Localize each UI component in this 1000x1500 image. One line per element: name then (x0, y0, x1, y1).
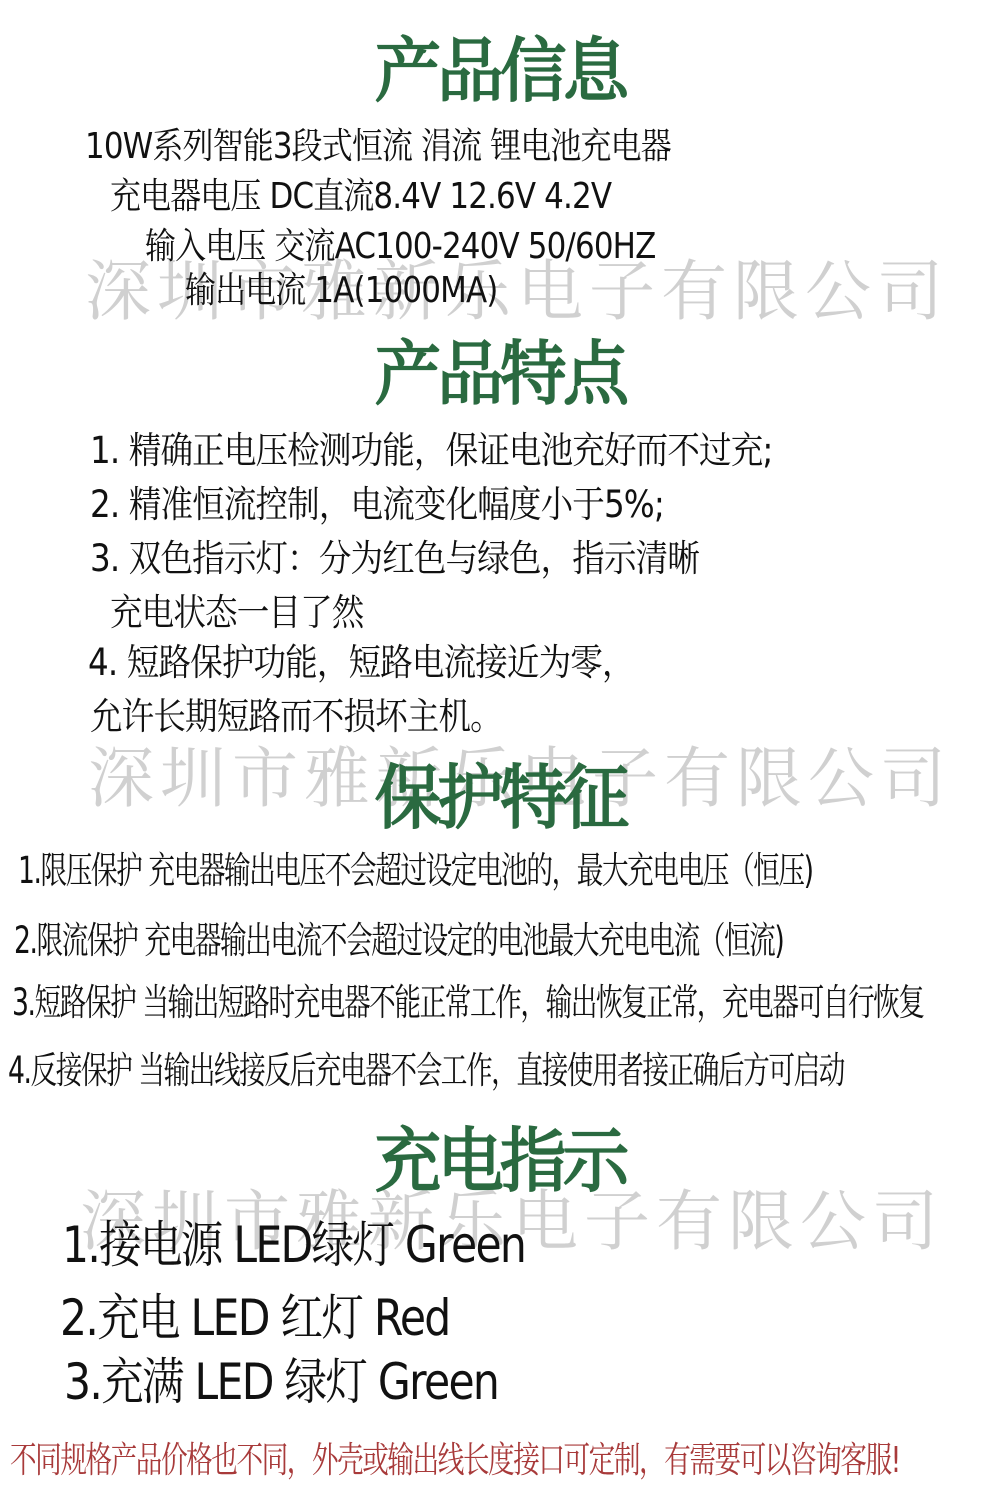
feature-line: 1. 精确正电压检测功能，保证电池充好而不过充; (90, 420, 772, 474)
section-title-indicator: 充电指示 (25, 1105, 975, 1206)
protection-line: 4.反接保护 当输出线接反后充电器不会工作，直接使用者接正确后方可启动 (8, 1040, 844, 1094)
feature-line: 充电状态一目了然 (110, 582, 363, 636)
info-line: 10W系列智能3段式恒流 涓流 锂电池充电器 (85, 118, 671, 169)
section-title-protection: 保护特征 (25, 742, 975, 843)
info-line: 输出电流 1A(1000MA) (185, 262, 498, 313)
protection-line: 1.限压保护 充电器输出电压不会超过设定电池的，最大充电电压（恒压) (18, 840, 813, 894)
section-title-features: 产品特点 (25, 318, 975, 419)
indicator-line: 3.充满 LED 绿灯 Green (64, 1342, 498, 1414)
footer-note: 不同规格产品价格也不同，外壳或输出线长度接口可定制，有需要可以咨询客服! (10, 1432, 900, 1483)
indicator-line: 2.充电 LED 红灯 Red (60, 1278, 450, 1350)
info-line: 充电器电压 DC直流8.4V 12.6V 4.2V (110, 168, 611, 219)
feature-line: 2. 精准恒流控制，电流变化幅度小于5%; (90, 474, 664, 528)
feature-line: 4. 短路保护功能，短路电流接近为零， (88, 632, 634, 686)
protection-line: 3.短路保护 当输出短路时充电器不能正常工作，输出恢复正常，充电器可自行恢复 (12, 972, 924, 1026)
indicator-line: 1.接电源 LED绿灯 Green (62, 1205, 525, 1277)
protection-line: 2.限流保护 充电器输出电流不会超过设定的电池最大充电电流（恒流) (14, 910, 783, 964)
feature-line: 允许长期短路而不损坏主机。 (90, 686, 502, 740)
section-title-info: 产品信息 (25, 15, 975, 116)
feature-line: 3. 双色指示灯：分为红色与绿色，指示清晰 (90, 528, 699, 582)
